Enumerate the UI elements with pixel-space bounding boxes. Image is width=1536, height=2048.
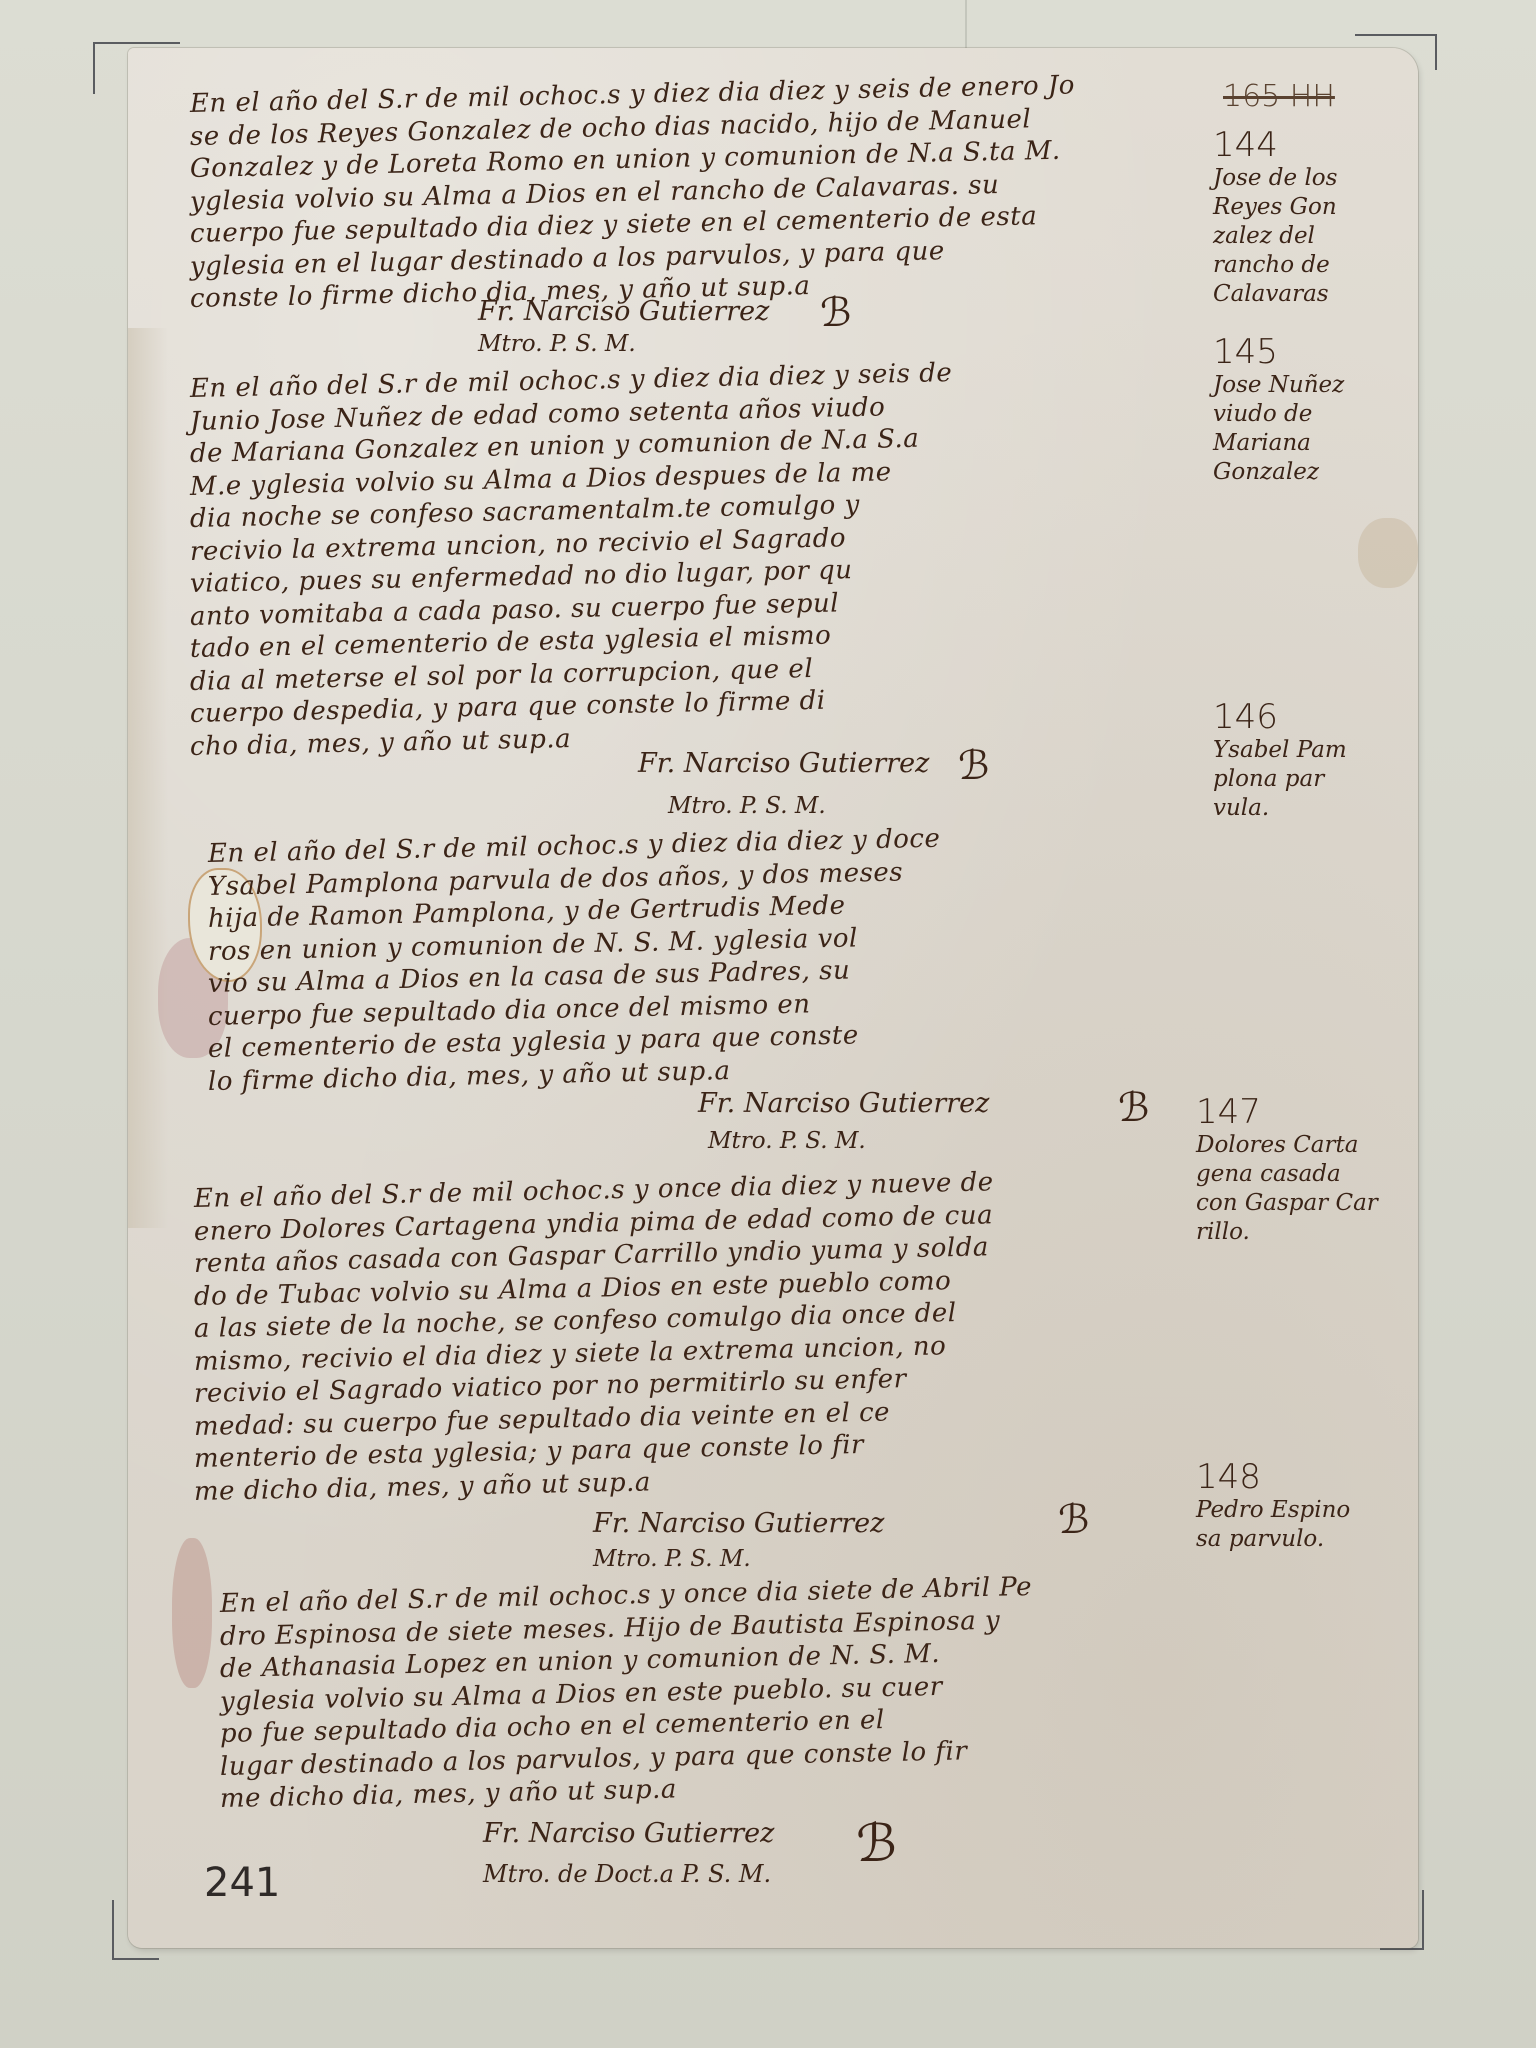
- signature-name: Fr. Narciso Gutierrez: [638, 748, 929, 779]
- signature-name: Fr. Narciso Gutierrez: [593, 1508, 884, 1539]
- register-entry: En el año del S.r de mil ochoc.s y once …: [194, 1183, 1239, 1508]
- margin-note-entry: 144 Jose de los Reyes Gon zalez del ranc…: [1213, 126, 1413, 309]
- signature-name: Fr. Narciso Gutierrez: [698, 1088, 989, 1119]
- margin-note-entry: 147 Dolores Carta gena casada con Gaspar…: [1196, 1093, 1396, 1247]
- top-margin-number: 165 HH: [1223, 78, 1423, 116]
- signature-title: Mtro. P. S. M.: [478, 331, 636, 357]
- foxing-stain: [1358, 518, 1418, 588]
- margin-note-entry: 146 Ysabel Pam plona par vula.: [1213, 698, 1413, 823]
- margin-note-entry: 148 Pedro Espino sa parvulo.: [1196, 1458, 1396, 1554]
- signature-name: Fr. Narciso Gutierrez: [478, 296, 769, 327]
- signature-title: Mtro. de Doct.a P. S. M.: [483, 1860, 771, 1888]
- folio-number: 241: [204, 1860, 280, 1906]
- water-stain: [172, 1538, 212, 1688]
- register-entry: En el año del S.r de mil ochoc.s y once …: [220, 1588, 1265, 1816]
- register-entry: En el año del S.r de mil ochoc.s y diez …: [190, 373, 1235, 763]
- signature-name: Fr. Narciso Gutierrez: [483, 1818, 774, 1849]
- rubric-flourish: ℬ: [1118, 1088, 1149, 1128]
- rubric-flourish: ℬ: [1058, 1500, 1089, 1540]
- signature-title: Mtro. P. S. M.: [708, 1128, 866, 1154]
- signature-title: Mtro. P. S. M.: [593, 1546, 751, 1572]
- rubric-flourish: ℬ: [856, 1818, 897, 1870]
- register-entry: En el año del S.r de mil ochoc.s y diez …: [190, 88, 1235, 316]
- margin-note-entry: 145 Jose Nuñez viudo de Mariana Gonzalez: [1213, 333, 1413, 487]
- edge-discoloration: [128, 328, 168, 1228]
- register-entry: En el año del S.r de mil ochoc.s y diez …: [208, 838, 1253, 1098]
- rubric-flourish: ℬ: [820, 293, 851, 333]
- manuscript-page: 165 HH En el año del S.r de mil ochoc.s …: [128, 48, 1418, 1948]
- signature-title: Mtro. P. S. M.: [668, 793, 826, 819]
- rubric-flourish: ℬ: [958, 746, 989, 786]
